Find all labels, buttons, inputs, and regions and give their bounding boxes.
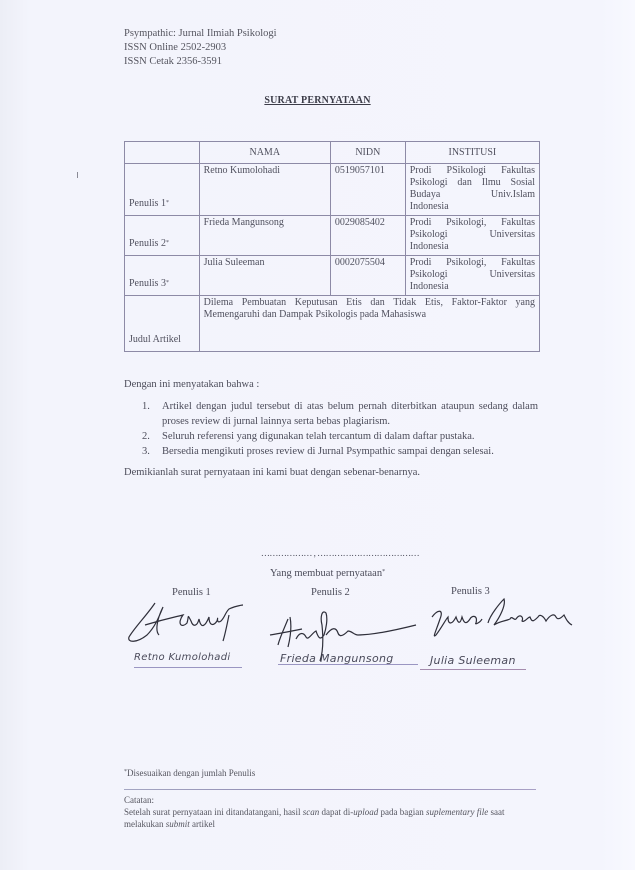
author-institution: Prodi Psikologi, Fakultas Psikologi Univ…: [405, 216, 539, 256]
signer-label-2: Penulis 2: [311, 585, 350, 600]
author-name: Julia Suleeman: [199, 256, 330, 296]
author-label: Penulis 3*: [125, 256, 200, 296]
list-item: 2.Seluruh referensi yang digunakan telah…: [142, 429, 538, 444]
journal-name: Psympathic: Jurnal Ilmiah Psikologi: [124, 27, 277, 41]
made-by-label: Yang membuat pernyataan*: [270, 566, 385, 581]
scanned-page: Psympathic: Jurnal Ilmiah Psikologi ISSN…: [0, 0, 635, 870]
author-label: Penulis 2*: [125, 216, 200, 256]
issn-print: ISSN Cetak 2356-3591: [124, 55, 222, 69]
article-label: Judul Artikel: [125, 296, 200, 352]
signature-1: [125, 595, 255, 650]
author-nidn: 0519057101: [330, 164, 405, 216]
list-item: 3.Bersedia mengikuti proses review di Ju…: [142, 444, 538, 459]
table-row: Penulis 3* Julia Suleeman 0002075504 Pro…: [125, 256, 540, 296]
table-row: Penulis 1* Retno Kumolohadi 0519057101 P…: [125, 164, 540, 216]
table-header-row: NAMA NIDN INSTITUSI: [125, 142, 540, 164]
authors-table: NAMA NIDN INSTITUSI Penulis 1* Retno Kum…: [124, 141, 540, 352]
name-underline-1: [134, 667, 242, 668]
note-text: Setelah surat pernyataan ini ditandatang…: [124, 806, 524, 830]
statement-closing: Demikianlah surat pernyataan ini kami bu…: [124, 465, 420, 480]
column-header-nidn: NIDN: [330, 142, 405, 164]
column-header-empty: [125, 142, 200, 164]
article-title: Dilema Pembuatan Keputusan Etis dan Tida…: [199, 296, 539, 352]
author-name: Retno Kumolohadi: [199, 164, 330, 216]
note-heading: Catatan:: [124, 794, 154, 806]
statement-list: 1.Artikel dengan judul tersebut di atas …: [142, 399, 538, 459]
author-institution: Prodi PSikologi Fakultas Psikologi dan I…: [405, 164, 539, 216]
name-underline-3: [420, 669, 526, 670]
handwritten-name-1: Retno Kumolohadi: [134, 652, 230, 663]
document-title: SURAT PERNYATAAN: [0, 95, 635, 106]
issn-online: ISSN Online 2502-2903: [124, 41, 226, 55]
author-nidn: 0029085402: [330, 216, 405, 256]
table-row: Penulis 2* Frieda Mangunsong 0029085402 …: [125, 216, 540, 256]
handwritten-name-3: Julia Suleeman: [430, 654, 516, 667]
author-label: Penulis 1*: [125, 164, 200, 216]
statement-intro: Dengan ini menyatakan bahwa :: [124, 377, 259, 392]
column-header-institution: INSTITUSI: [405, 142, 539, 164]
author-name: Frieda Mangunsong: [199, 216, 330, 256]
signature-3: [428, 595, 588, 640]
table-row-article: Judul Artikel Dilema Pembuatan Keputusan…: [125, 296, 540, 352]
list-item: 1.Artikel dengan judul tersebut di atas …: [142, 399, 538, 429]
scan-mark: [77, 172, 78, 178]
footnote: *Disesuaikan dengan jumlah Penulis: [124, 767, 255, 779]
column-header-name: NAMA: [199, 142, 330, 164]
footnote-divider: [124, 789, 536, 790]
author-institution: Prodi Psikologi, Fakultas Psikologi Univ…: [405, 256, 539, 296]
name-underline-2: [278, 664, 418, 665]
place-date-line: ……………… , ………………………………: [200, 546, 480, 561]
author-nidn: 0002075504: [330, 256, 405, 296]
